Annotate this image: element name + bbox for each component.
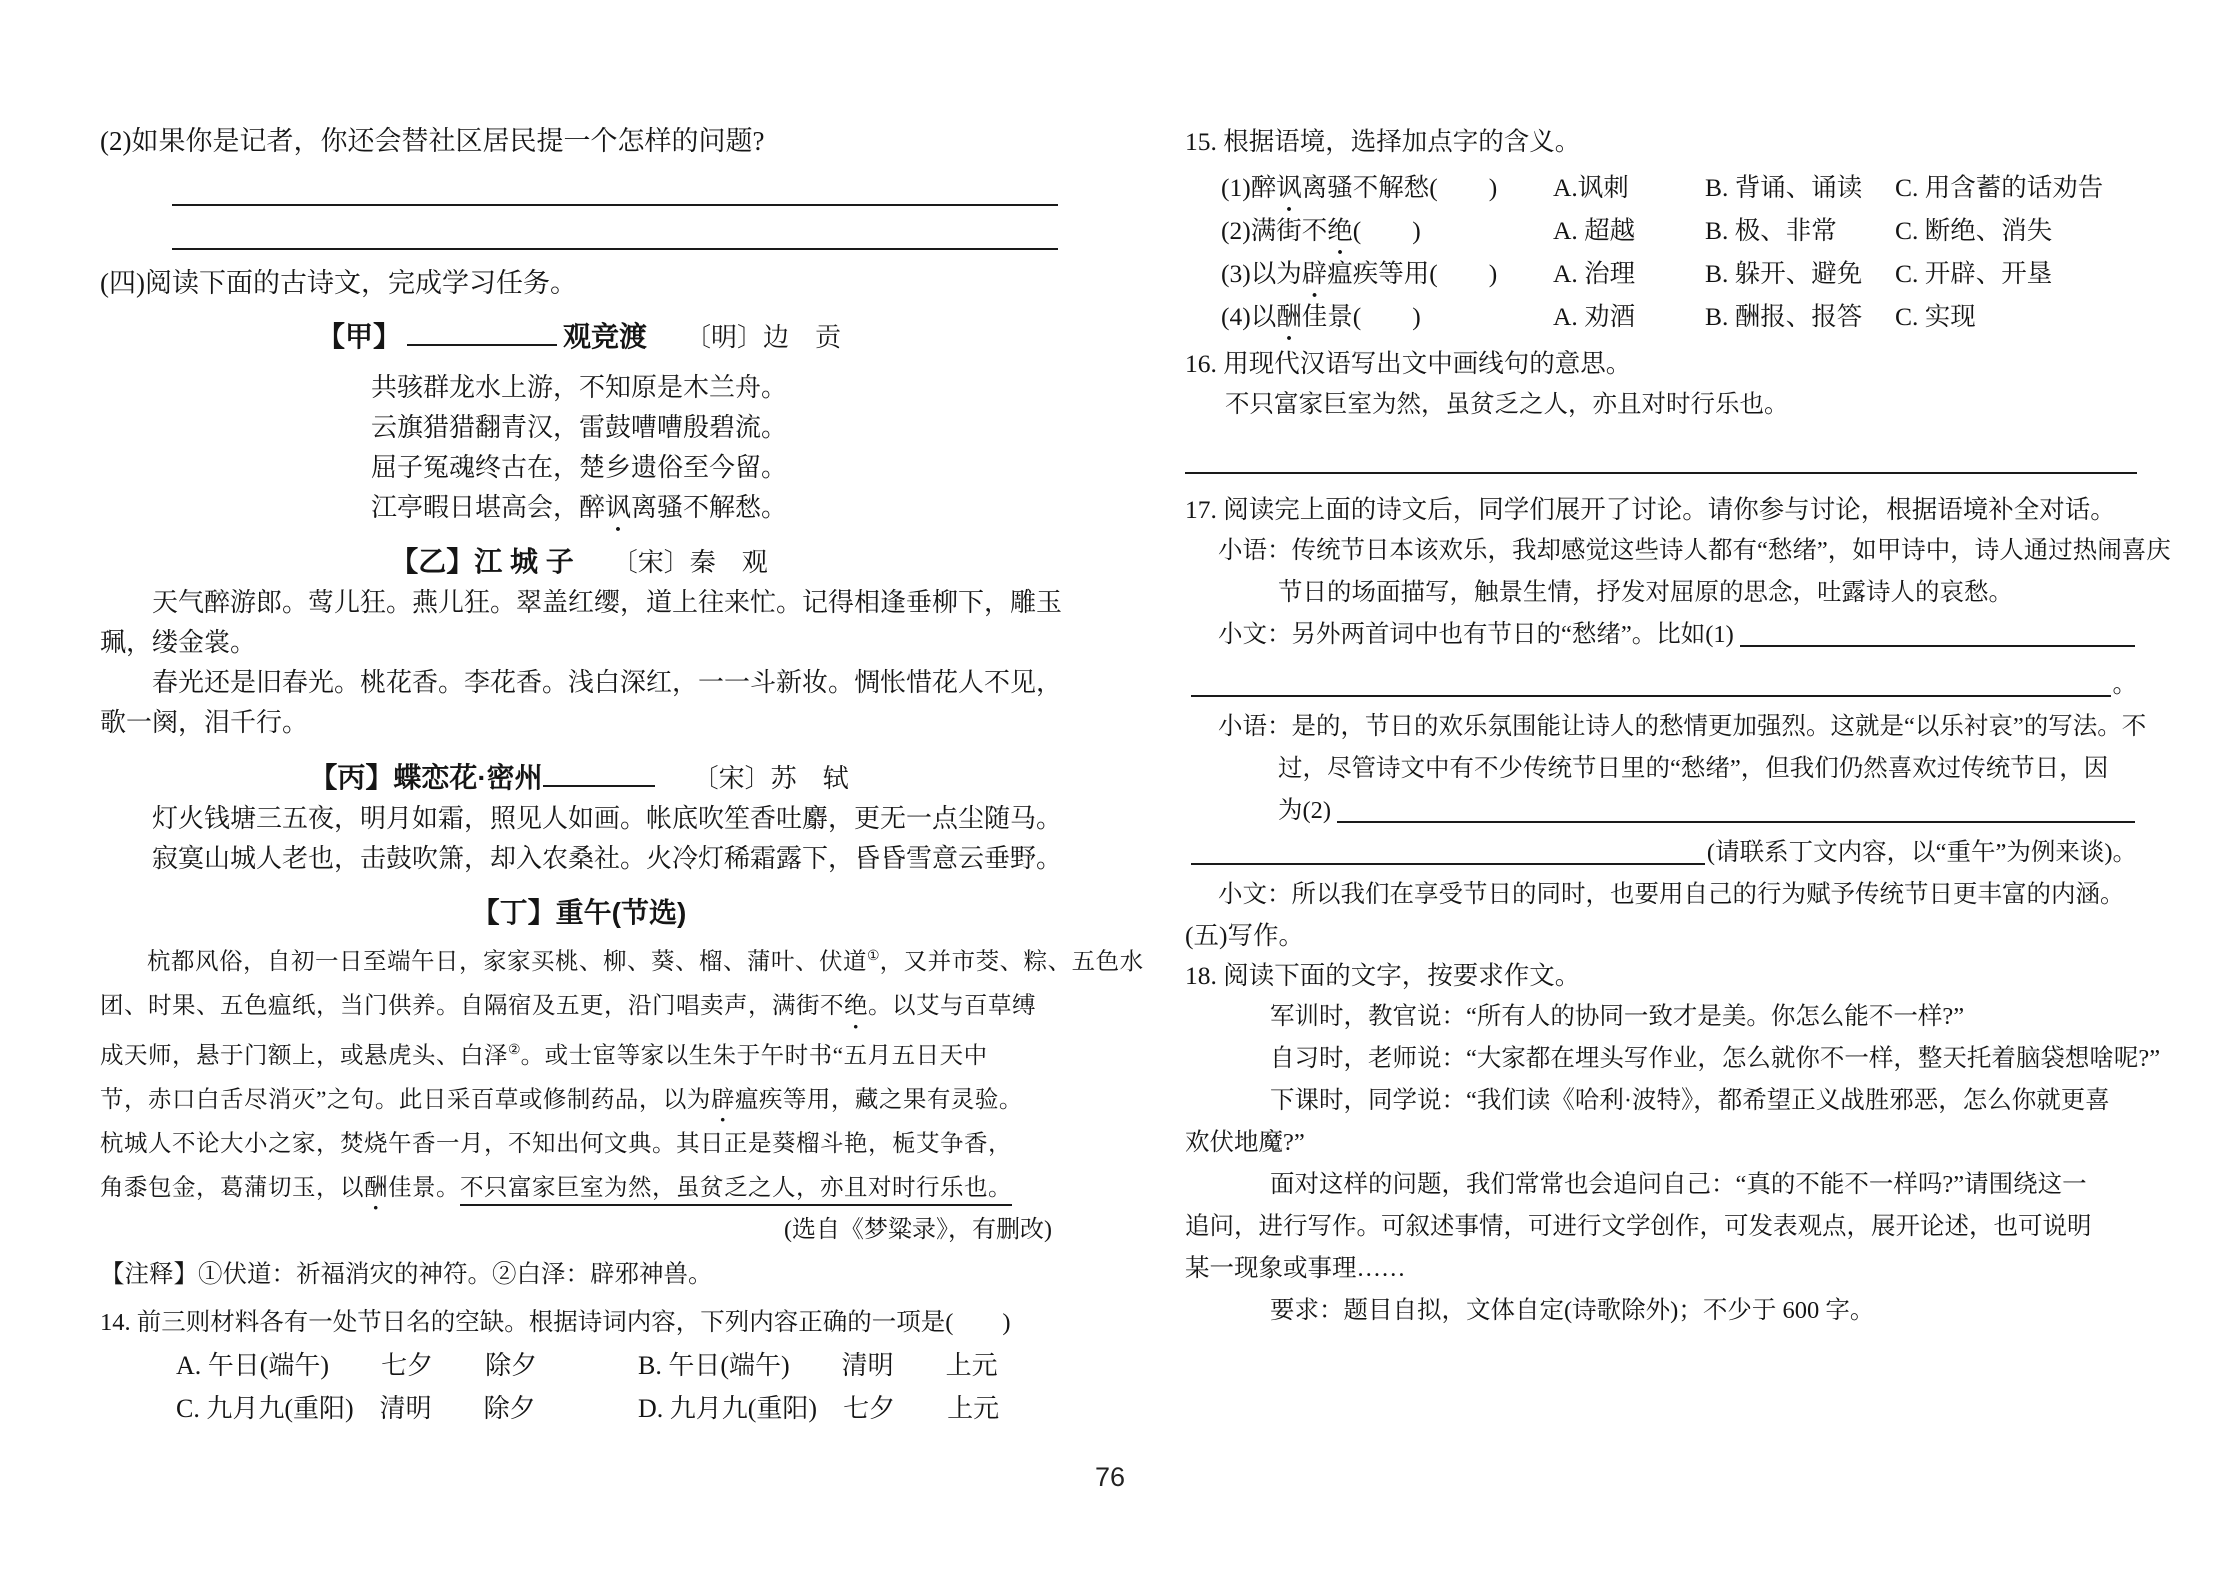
q15-item: (4)以酬佳景( ) [1221, 295, 1553, 338]
jia-tag: 【甲】 [317, 321, 401, 352]
title-blank [407, 316, 557, 346]
q17-stem: 17. 阅读完上面的诗文后，同学们展开了讨论。请你参与讨论，根据语境补全对话。 [1185, 490, 2137, 530]
page-number: 76 [0, 1462, 2220, 1493]
q2-prompt: (2)如果你是记者，你还会替社区居民提一个怎样的问题? [100, 122, 1058, 160]
q15-row: (1)醉讽离骚不解愁( ) A.讽刺 B. 背诵、诵读 C. 用含蓄的话劝告 [1221, 166, 2137, 209]
jia-author: 〔明〕边 贡 [685, 323, 841, 352]
q15-option-a: A.讽刺 [1553, 166, 1705, 209]
q16-stem: 16. 用现代汉语写出文中画线句的意思。 [1185, 344, 2137, 384]
footnote: 【注释】①伏道：祈福消灾的神符。②白泽：辟邪神兽。 [100, 1254, 1058, 1296]
q15-row: (3)以为辟瘟疾等用( ) A. 治理 B. 躲开、避免 C. 开辟、开垦 [1221, 252, 2137, 295]
essay-line: 军训时，教官说：“所有人的协同一致才是美。你怎么能不一样?” [1270, 996, 2137, 1038]
bing-tag: 【丙】 [309, 762, 393, 793]
dialogue-line: 过，尽管诗文中有不少传统节日里的“愁绪”，但我们仍然喜欢过传统节日，因 [1278, 748, 2137, 790]
poem-jia-heading: 【甲】观竞渡〔明〕边 贡 [100, 316, 1058, 358]
essay-line: 要求：题目自拟，文体自定(诗歌除外)；不少于 600 字。 [1270, 1290, 2137, 1332]
poem-line: 春光还是旧春光。桃花香。李花香。浅白深红，一一斗新妆。惆怅惜花人不见， [100, 663, 1058, 703]
q15-option-a: A. 超越 [1553, 209, 1705, 252]
q14-option-d: D. 九月九(重阳) 七夕 上元 [638, 1387, 1058, 1430]
answer-line [172, 206, 1058, 250]
poem-line: 江亭暇日堪高会，醉讽离骚不解愁。 [100, 488, 1058, 528]
passage-line: 角黍包金，葛蒲切玉，以酬佳景。不只富家巨室为然，虽贫乏之人，亦且对时行乐也。 [100, 1166, 1058, 1210]
blank-period: 。 [2113, 664, 2138, 706]
dialogue-line: 为(2) [1278, 790, 2137, 832]
section-4-heading: (四)阅读下面的古诗文，完成学习任务。 [100, 264, 1058, 302]
ding-tag: 【丁】 [472, 897, 556, 928]
blank-line [1191, 695, 2111, 697]
q15-option-c: C. 实现 [1895, 295, 2137, 338]
blank-line [1191, 863, 1705, 865]
q15-item: (2)满街不绝( ) [1221, 209, 1553, 252]
poem-bing-heading: 【丙】蝶恋花·密州〔宋〕苏 轼 [100, 757, 1058, 799]
poem-line: 歌一阕，泪千行。 [100, 703, 1058, 743]
blank-row: (请联系丁文内容，以“重午”为例来谈)。 [1185, 832, 2137, 874]
dialogue-line: 小文：所以我们在享受节日的同时，也要用自己的行为赋予传统节日更丰富的内涵。 [1218, 874, 2137, 916]
essay-line: 欢伏地魔?” [1185, 1122, 2137, 1164]
essay-line: 追问，进行写作。可叙述事情，可进行文学创作，可发表观点，展开论述，也可说明 [1185, 1206, 2137, 1248]
passage-line: 节，赤口白舌尽消灭”之句。此日采百草或修制药品，以为辟瘟疾等用，藏之果有灵验。 [100, 1078, 1058, 1122]
q14-option-c: C. 九月九(重阳) 清明 除夕 [176, 1387, 638, 1430]
poem-line: 共骇群龙水上游，不知原是木兰舟。 [100, 368, 1058, 408]
ding-title: 重午(节选) [556, 897, 687, 928]
poem-line: 天气醉游郎。莺儿狂。燕儿狂。翠盖红缨，道上往来忙。记得相逢垂柳下，雕玉 [100, 583, 1058, 623]
bing-author: 〔宋〕苏 轼 [693, 764, 849, 793]
q15-item: (1)醉讽离骚不解愁( ) [1221, 166, 1553, 209]
q14-options: A. 午日(端午) 七夕 除夕 B. 午日(端午) 清明 上元 C. 九月九(重… [176, 1344, 1058, 1430]
passage-line: 成天师，悬于门额上，或悬虎头、白泽②。或士宦等家以生朱于午时书“五月五日天中 [100, 1028, 1058, 1078]
poem-yi-heading: 【乙】江 城 子〔宋〕秦 观 [100, 542, 1058, 583]
q15-stem: 15. 根据语境，选择加点字的含义。 [1185, 122, 2137, 162]
dialogue-line: 节日的场面描写，触景生情，抒发对屈原的思念，吐露诗人的哀愁。 [1278, 572, 2137, 614]
q15-option-c: C. 用含蓄的话劝告 [1895, 166, 2137, 209]
q15-row: (4)以酬佳景( ) A. 劝酒 B. 酬报、报答 C. 实现 [1221, 295, 2137, 338]
passage-ding-heading: 【丁】重午(节选) [100, 893, 1058, 934]
blank-line [1740, 645, 2135, 647]
q15-item: (3)以为辟瘟疾等用( ) [1221, 252, 1553, 295]
q14-option-b: B. 午日(端午) 清明 上元 [638, 1344, 1058, 1387]
dialogue-line: 小语：是的，节日的欢乐氛围能让诗人的愁情更加强烈。这就是“以乐衬哀”的写法。不 [1218, 706, 2137, 748]
answer-line [1185, 426, 2137, 474]
poem-line: 屈子冤魂终古在，楚乡遗俗至今留。 [100, 448, 1058, 488]
q15-rows: (1)醉讽离骚不解愁( ) A.讽刺 B. 背诵、诵读 C. 用含蓄的话劝告 (… [1221, 166, 2137, 338]
essay-line: 下课时，同学说：“我们读《哈利·波特》，都希望正义战胜邪恶，怎么你就更喜 [1270, 1080, 2137, 1122]
poem-line: 珮，缕金裳。 [100, 623, 1058, 663]
right-column: 15. 根据语境，选择加点字的含义。 (1)醉讽离骚不解愁( ) A.讽刺 B.… [1185, 122, 2137, 1332]
q15-option-c: C. 断绝、消失 [1895, 209, 2137, 252]
essay-line: 自习时，老师说：“大家都在埋头写作业，怎么就你不一样，整天托着脑袋想啥呢?” [1270, 1038, 2137, 1080]
dialogue-line: 小语：传统节日本该欢乐，我却感觉这些诗人都有“愁绪”，如甲诗中，诗人通过热闹喜庆 [1218, 530, 2137, 572]
q15-option-b: B. 极、非常 [1705, 209, 1895, 252]
dialogue-line: 小文：另外两首词中也有节日的“愁绪”。比如(1) [1218, 614, 2137, 656]
dialogue-text: 为(2) [1278, 790, 1331, 832]
poem-line: 寂寞山城人老也，击鼓吹箫，却入农桑社。火冷灯稀霜露下，昏昏雪意云垂野。 [100, 839, 1058, 879]
q18-stem: 18. 阅读下面的文字，按要求作文。 [1185, 956, 2137, 996]
poem-line: 云旗猎猎翻青汉，雷鼓嘈嘈殷碧流。 [100, 408, 1058, 448]
left-column: (2)如果你是记者，你还会替社区居民提一个怎样的问题? (四)阅读下面的古诗文，… [100, 122, 1058, 1430]
q14-option-a: A. 午日(端午) 七夕 除夕 [176, 1344, 638, 1387]
yi-title: 江 城 子 [474, 546, 574, 577]
section-5-heading: (五)写作。 [1185, 916, 2137, 956]
q15-row: (2)满街不绝( ) A. 超越 B. 极、非常 C. 断绝、消失 [1221, 209, 2137, 252]
yi-tag: 【乙】 [390, 546, 474, 577]
q16-sentence: 不只富家巨室为然，虽贫乏之人，亦且对时行乐也。 [1225, 384, 2137, 426]
blank-row: 。 [1185, 664, 2137, 706]
blank-line [1337, 821, 2135, 823]
poem-line: 灯火钱塘三五夜，明月如霜，照见人如画。帐底吹笙香吐麝，更无一点尘随马。 [100, 799, 1058, 839]
title-blank [543, 757, 655, 787]
essay-line: 某一现象或事理…… [1185, 1248, 2137, 1290]
essay-line: 面对这样的问题，我们常常也会追问自己：“真的不能不一样吗?”请围绕这一 [1270, 1164, 2137, 1206]
jia-title: 观竞渡 [563, 321, 647, 352]
answer-line [172, 160, 1058, 206]
dialogue-text: 小文：另外两首词中也有节日的“愁绪”。比如(1) [1218, 614, 1734, 656]
q15-option-b: B. 背诵、诵读 [1705, 166, 1895, 209]
q14-stem: 14. 前三则材料各有一处节日名的空缺。根据诗词内容，下列内容正确的一项是( ) [100, 1302, 1058, 1344]
q15-option-a: A. 劝酒 [1553, 295, 1705, 338]
q15-option-c: C. 开辟、开垦 [1895, 252, 2137, 295]
source-line: (选自《梦粱录》，有删改) [100, 1210, 1058, 1250]
passage-line: 团、时果、五色瘟纸，当门供养。自隔宿及五更，沿门唱卖声，满街不绝。以艾与百草缚 [100, 984, 1058, 1028]
yi-author: 〔宋〕秦 观 [612, 548, 768, 577]
q15-option-b: B. 躲开、避免 [1705, 252, 1895, 295]
q15-option-b: B. 酬报、报答 [1705, 295, 1895, 338]
blank-note: (请联系丁文内容，以“重午”为例来谈)。 [1707, 832, 2137, 874]
bing-title: 蝶恋花·密州 [393, 762, 542, 793]
q15-option-a: A. 治理 [1553, 252, 1705, 295]
passage-line: 杭城人不论大小之家，焚烧午香一月，不知出何文典。其日正是葵榴斗艳，栀艾争香， [100, 1122, 1058, 1166]
passage-line: 杭都风俗，自初一日至端午日，家家买桃、柳、葵、榴、蒲叶、伏道①，又并市茭、粽、五… [100, 934, 1058, 984]
